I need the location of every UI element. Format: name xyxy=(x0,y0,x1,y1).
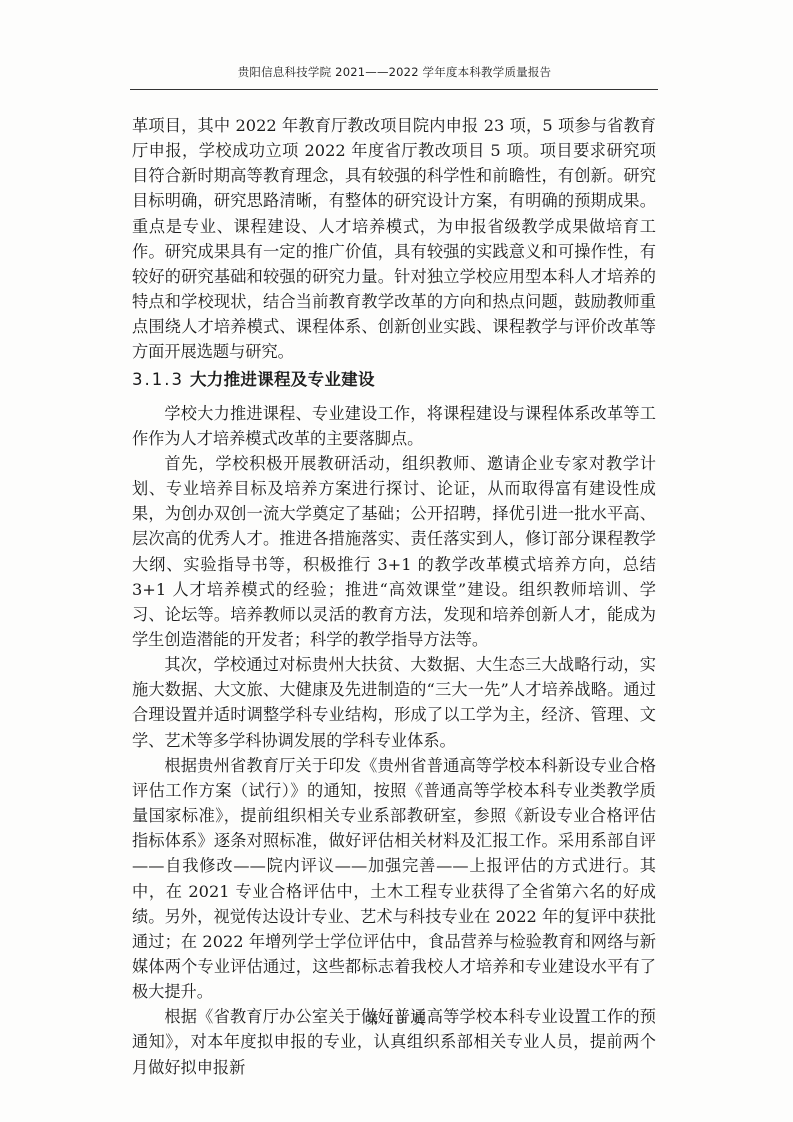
section-heading: 3.1.3大力推进课程及专业建设 xyxy=(132,367,656,392)
section-number: 3.1.3 xyxy=(132,370,184,389)
paragraph-continued: 革项目，其中 2022 年教育厅教改项目院内申报 23 项，5 项参与省教育厅申… xyxy=(132,113,656,365)
paragraph: 学校大力推进课程、专业建设工作，将课程建设与课程体系改革等工作作为人才培养模式改… xyxy=(132,401,656,451)
paragraph: 首先，学校积极开展教研活动，组织教师、邀请企业专家对教学计划、专业培养目标及培养… xyxy=(132,451,656,652)
section-title: 大力推进课程及专业建设 xyxy=(190,370,375,389)
page-body: 革项目，其中 2022 年教育厅教改项目院内申报 23 项，5 项参与省教育厅申… xyxy=(132,113,656,1080)
paragraph: 根据贵州省教育厅关于印发《贵州省普通高等学校本科新设专业合格评估工作方案（试行）… xyxy=(132,753,656,1005)
running-header-title: 贵阳信息科技学院 2021——2022 学年度本科教学质量报告 xyxy=(132,64,657,80)
page-number: 第 19 页 xyxy=(0,1010,793,1028)
paragraph: 其次，学校通过对标贵州大扶贫、大数据、大生态三大战略行动，实施大数据、大文旅、大… xyxy=(132,652,656,753)
header-divider xyxy=(130,89,658,90)
